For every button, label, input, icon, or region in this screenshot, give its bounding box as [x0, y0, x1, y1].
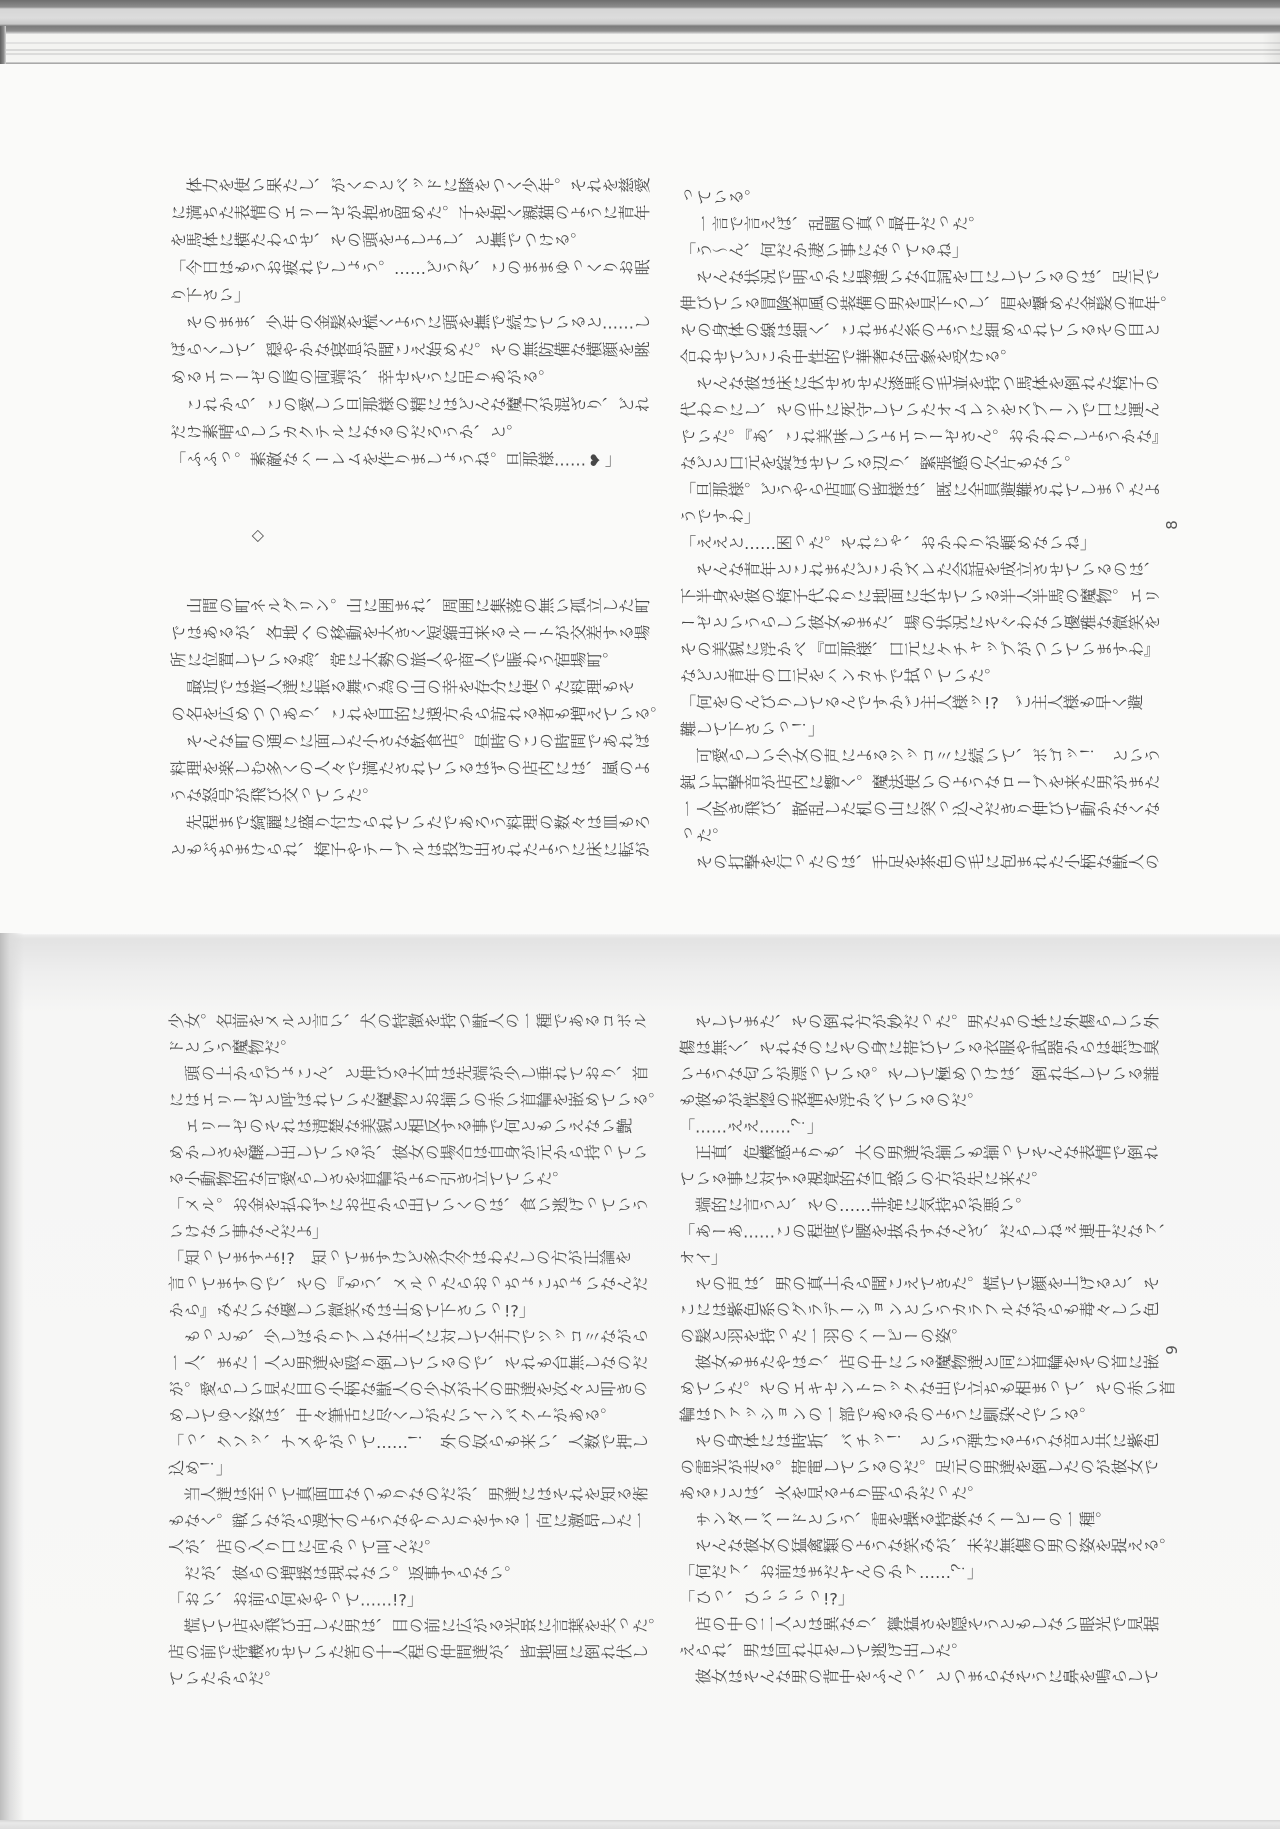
- text-line: 「メル。お金を払わずにお店から出ていくのは、食い逃げっていう: [168, 1193, 648, 1219]
- text-line: 合わせてどこか中性的で華奢な印象を受ける。: [680, 345, 1160, 372]
- text-line: 「……ええ……？」: [679, 1115, 1159, 1141]
- text-line: 人が、店の入り口に向かって叫んだ。: [168, 1535, 648, 1561]
- text-line: サンダーバードという、雷を操る特殊なハーピーの一種。: [679, 1508, 1159, 1534]
- text-line: 「う〜ん、何だか凄い事になってるね」: [680, 239, 1160, 266]
- text-line: 最近では旅人達に振る舞う為の山の幸を存分に使った料理もそ: [170, 674, 650, 701]
- text-line: ていたからだ。: [168, 1666, 648, 1692]
- text-line: から』みたいな優しい微笑みは止めて下さいっ!?」: [168, 1298, 648, 1324]
- text-line: 一人吹き飛び、散乱した机の山に突っ込んだきり伸びて動かなくな: [680, 797, 1160, 824]
- text-line: も彼もが恍惚の表情を浮かべているのだ。: [679, 1089, 1159, 1115]
- page-8-body: 体力を使い果たし、がくりとベッドに膝をつく少年。それを慈愛 に満ちた表情のエリー…: [0, 64, 1280, 933]
- text-line: 所に位置している為、常に大勢の旅人や商人で賑わう宿場町。: [170, 647, 650, 674]
- text-line: 「っ、クソッ、ナメやがって……！ 外の奴らも来い、人数で押し: [168, 1430, 648, 1456]
- text-line: り下さい」: [170, 282, 650, 309]
- text-line: 下半身を彼の椅子代わりに地面に伏せている半人半馬の魔物。エリ: [680, 585, 1160, 612]
- text-line: めていた。そのエキセントリックな出で立ちも相まって、その赤い首: [679, 1377, 1159, 1403]
- text-line: いけない事なんだよ」: [168, 1219, 648, 1245]
- text-line: エリーゼのそれは清楚な美貌と相反する事で何ともいえない艶: [168, 1114, 648, 1140]
- text-line: 「旦那様。どうやら店員の皆様は、既に全員避難されてしまったよ: [680, 478, 1160, 505]
- text-line: そんな彼は床に伏せさせた漆黒の毛並を持つ馬体を倒れた椅子の: [680, 372, 1160, 399]
- text-line: にはエリーゼと呼ばれていた魔物とお揃いの赤い首輪を嵌めている。: [168, 1088, 648, 1114]
- text-line: 彼女もまたやはり、店の中にいる魔物達と同じ首輪をその首に嵌: [679, 1351, 1159, 1377]
- upper-tier-section-1: 体力を使い果たし、がくりとベッドに膝をつく少年。それを慈愛 に満ちた表情のエリー…: [170, 172, 650, 473]
- text-line: めるエリーゼの唇の両端が、幸せそうに吊りあがる。: [170, 364, 650, 391]
- text-line: そんな彼女の猛禽類のような笑みが、未だ無傷の男の姿を捉える。: [679, 1534, 1159, 1560]
- stacked-page-edges: [6, 34, 1280, 66]
- text-line: 「あーあ……この程度で腰を抜かすなんざ、だらしねぇ連中だなァ、: [679, 1220, 1159, 1246]
- text-line: その身体の線は細く、これまた糸のように細められているその目と: [680, 319, 1160, 346]
- vertical-text-block: そしてまた、その倒れ方が妙だった。男たちの体に外傷らしい外 傷は無く、それなのに…: [679, 1010, 1159, 1691]
- text-line: 「ひっ、ひぃぃぃっ!?」: [679, 1586, 1159, 1612]
- text-line: 一人、また一人と男達を殴り倒しているので、それも台無しなのだ: [168, 1351, 648, 1377]
- text-line: 「何をのんびりしてるんですかご主人様ッ!? ご主人様も早く避: [680, 691, 1160, 718]
- text-line: 彼女はそんな男の背中をふんっ、とつまらなそうに鼻を鳴らして: [679, 1665, 1159, 1691]
- text-line: こには紫色系のグラデーションというカラフルながらも毒々しい色: [679, 1298, 1159, 1324]
- text-line: もっとも、少しばかりアレな主人に対して全力でツッコミながら: [168, 1324, 648, 1350]
- upper-tier: 少女。名前をメルと言い、犬の特徴を持つ獣人の一種であるコボル ドという魔物だ。 …: [168, 1009, 648, 1693]
- text-line: あることは、火を見るより明らかだった。: [679, 1482, 1159, 1508]
- lower-tier: そしてまた、その倒れ方が妙だった。男たちの体に外傷らしい外 傷は無く、それなのに…: [679, 1010, 1159, 1691]
- text-line: 先程まで綺麗に盛り付けられていたであろう料理の数々は皿もろ: [170, 809, 650, 836]
- text-line: 「知ってますよ!? 知ってますけど多分今はわたしの方が正論を: [168, 1246, 648, 1272]
- text-line: 体力を使い果たし、がくりとベッドに膝をつく少年。それを慈愛: [170, 172, 650, 199]
- text-line: 伸びている冒険者風の装備の男を見下ろし、眉を顰めた金髪の青年。: [680, 292, 1160, 319]
- text-line: 一言で言えば、乱闘の真っ最中だった。: [680, 212, 1160, 239]
- text-line: ともぶちまけられ、椅子やテーブルは投げ出されたように床に転が: [170, 836, 650, 863]
- text-line: 頭の上からぴょこん、と伸びる大耳は先端が少し垂れており、首: [168, 1061, 648, 1087]
- text-line: 代わりにし、その手に死守していたオムレツをスプーンで口に運ん: [680, 398, 1160, 425]
- text-line: が。愛らしい見た目の小柄な獣人の少女が大の男達を次々と叩きの: [168, 1377, 648, 1403]
- text-line: 当人達は至って真面目なつもりなのだが、男達にはそれを知る術: [168, 1482, 648, 1508]
- page-9: 少女。名前をメルと言い、犬の特徴を持つ獣人の一種であるコボル ドという魔物だ。 …: [0, 933, 1280, 1822]
- text-line: 店の前で待機させていた筈の十人程の仲間達が、皆地面に倒れ伏し: [168, 1640, 648, 1666]
- text-line: いような匂いが漂っている。そして極めつけは、倒れ伏している誰: [679, 1062, 1159, 1088]
- text-line: もなく。戦いながら漫才のようなやりとりをする一向に激昂した一: [168, 1509, 648, 1535]
- text-line: そしてまた、その倒れ方が妙だった。男たちの体に外傷らしい外: [679, 1010, 1159, 1036]
- text-line: 鈍い打撃音が店内に響く。魔法使いのようなローブを来た男がまた: [680, 771, 1160, 798]
- text-line: に満ちた表情のエリーゼが抱き留めた。子を抱く親猫のように青年: [170, 200, 650, 227]
- text-line: 「ええと……困った。それじゃ、おかわりが頼めないね」: [680, 531, 1160, 558]
- page-number: 9: [1162, 1340, 1182, 1360]
- text-line: 傷は無く、それなのにその身に帯びている衣服や武器からは焦げ臭: [679, 1036, 1159, 1062]
- bottom-page-edge: [0, 1820, 1280, 1829]
- text-line: の髪と羽を持った一羽のハーピーの姿。: [679, 1324, 1159, 1350]
- text-line: 「何だァ、お前はまだヤんのかァ……？」: [679, 1560, 1159, 1586]
- text-line: 店の中の二人とは異なり、獰猛さを隠そうともしない眼光で見据: [679, 1613, 1159, 1639]
- text-line: 「ふふっ。素敵なハーレムを作りましょうね。旦那様……❤」: [170, 446, 650, 473]
- scanner-edge-shadow: [0, 0, 1280, 34]
- text-line: その声は、男の真上から聞こえてきた。慌てて顔を上げると、そ: [679, 1272, 1159, 1298]
- text-line: 言ってますので、その『もう、メルったらおっちょこちょいなんだ: [168, 1272, 648, 1298]
- text-line: えられ、男は回れ右をして逃げ出した。: [679, 1639, 1159, 1665]
- text-line: 輪はファッションの一部であるかのように馴染んでいる。: [679, 1403, 1159, 1429]
- text-line: そんな青年とこれまたどこかズレた会話を成立させているのは、: [680, 558, 1160, 585]
- lower-tier: っている。 一言で言えば、乱闘の真っ最中だった。 「う〜ん、何だか凄い事になって…: [680, 186, 1160, 878]
- text-line: などと口元を綻ばせている辺り、緊張感の欠片もない。: [680, 452, 1160, 479]
- text-line: その打撃を行ったのは、手足を茶色の毛に包まれた小柄な獣人の: [680, 851, 1160, 878]
- text-line: その身体には時折、バチッ！ という弾けるような音と共に紫色: [679, 1429, 1159, 1455]
- text-line: ている事に対する視覚的な戸惑いの方が先に来た。: [679, 1167, 1159, 1193]
- vertical-text-block: 山間の町ネルグリン。山に囲まれ、周囲に集落の無い孤立した町 ではあるが、各地への…: [170, 593, 650, 864]
- text-line: 少女。名前をメルと言い、犬の特徴を持つ獣人の一種であるコボル: [168, 1009, 648, 1035]
- text-line: そんな町の通りに面した小さな飲食店。昼時のこの時間であれば: [170, 728, 650, 755]
- text-line: ではあるが、各地への移動を大きく短縮出来るルートが交差する場: [170, 620, 650, 647]
- text-line: 「今日はもうお疲れでしょう。……どうぞ、このままゆっくりお眠: [170, 255, 650, 282]
- page-number: 8: [1162, 515, 1182, 535]
- text-line: っている。: [680, 186, 1160, 213]
- text-line: る小動物的な可愛らしさを首輪がより引き立てていた。: [168, 1167, 648, 1193]
- upper-tier-section-2: 山間の町ネルグリン。山に囲まれ、周囲に集落の無い孤立した町 ではあるが、各地への…: [170, 593, 650, 864]
- text-line: オイ」: [679, 1246, 1159, 1272]
- text-line: 山間の町ネルグリン。山に囲まれ、周囲に集落の無い孤立した町: [170, 593, 650, 620]
- page-8: 体力を使い果たし、がくりとベッドに膝をつく少年。それを慈愛 に満ちた表情のエリー…: [0, 64, 1280, 933]
- text-line: 端的に言うと、その……非常に気持ちが悪い。: [679, 1193, 1159, 1219]
- text-line: これから、この愛しい旦那様の精にはどんな魔力が混ざり、どれ: [170, 392, 650, 419]
- text-line: うですわ」: [680, 505, 1160, 532]
- text-line: などと青年の口元をハンカチで拭っていた。: [680, 664, 1160, 691]
- text-line: うな怒号が飛び交っていた。: [170, 782, 650, 809]
- text-line: の雷光が走る。帯電しているのだ。足元の男達を倒したのが彼女で: [679, 1455, 1159, 1481]
- vertical-text-block: っている。 一言で言えば、乱闘の真っ最中だった。 「う〜ん、何だか凄い事になって…: [680, 186, 1160, 878]
- text-line: 正直、危機感よりも、大の男達が揃いも揃ってそんな表情で倒れ: [679, 1141, 1159, 1167]
- text-line: そんな状況で明らかに場違いな台詞を口にしているのは、足元で: [680, 265, 1160, 292]
- text-line: めかしさを醸し出しているが、彼女の場合は自身が元から持ってい: [168, 1140, 648, 1166]
- text-line: ーゼというらしい彼女もまた、場の状況にそぐわない優雅な微笑を: [680, 611, 1160, 638]
- text-line: った。: [680, 824, 1160, 851]
- text-line: 料理を楽しむ多くの人々で満たされているはずの店内には、嵐のよ: [170, 755, 650, 782]
- text-line: めしてゆく姿は、中々筆舌に尽くしがたいインパクトがある。: [168, 1403, 648, 1429]
- text-line: 可愛らしい少女の声によるツッコミに続いて、ボゴッ！ という: [680, 744, 1160, 771]
- scene-break-diamond-icon: ◇: [248, 527, 266, 545]
- text-line: の名を広めつつあり、これを目的に遠方から訪れる者も増えている。: [170, 701, 650, 728]
- text-line: だけ素晴らしいカクテルになるのだろうか、と。: [170, 419, 650, 446]
- vertical-text-block: 少女。名前をメルと言い、犬の特徴を持つ獣人の一種であるコボル ドという魔物だ。 …: [168, 1009, 648, 1693]
- text-line: 難して下さいっ！」: [680, 718, 1160, 745]
- text-line: を馬体に横たわらせ、その頭をよしよし、と撫でつける。: [170, 227, 650, 254]
- text-line: ばらくして、穏やかな寝息が聞こえ始めた。その無防備な横顔を眺: [170, 337, 650, 364]
- text-line: だが、彼らの増援は現れない。返事すらない。: [168, 1561, 648, 1587]
- text-line: でいた。『あ、これ美味しいよエリーゼさん。おかわりしようかな』: [680, 425, 1160, 452]
- text-line: 込め！」: [168, 1456, 648, 1482]
- text-line: 慌てて店を飛び出した男は、目の前に広がる光景に言葉を失った。: [168, 1614, 648, 1640]
- text-line: そのまま、少年の金髪を梳くように頭を撫で続けていると……し: [170, 309, 650, 336]
- text-line: その美貌に浮かべ『旦那様、口元にケチャップがついていますわ』: [680, 638, 1160, 665]
- text-line: ドという魔物だ。: [168, 1035, 648, 1061]
- vertical-text-block: 体力を使い果たし、がくりとベッドに膝をつく少年。それを慈愛 に満ちた表情のエリー…: [170, 172, 650, 473]
- text-line: 「おい、お前ら何をやって……!?」: [168, 1587, 648, 1613]
